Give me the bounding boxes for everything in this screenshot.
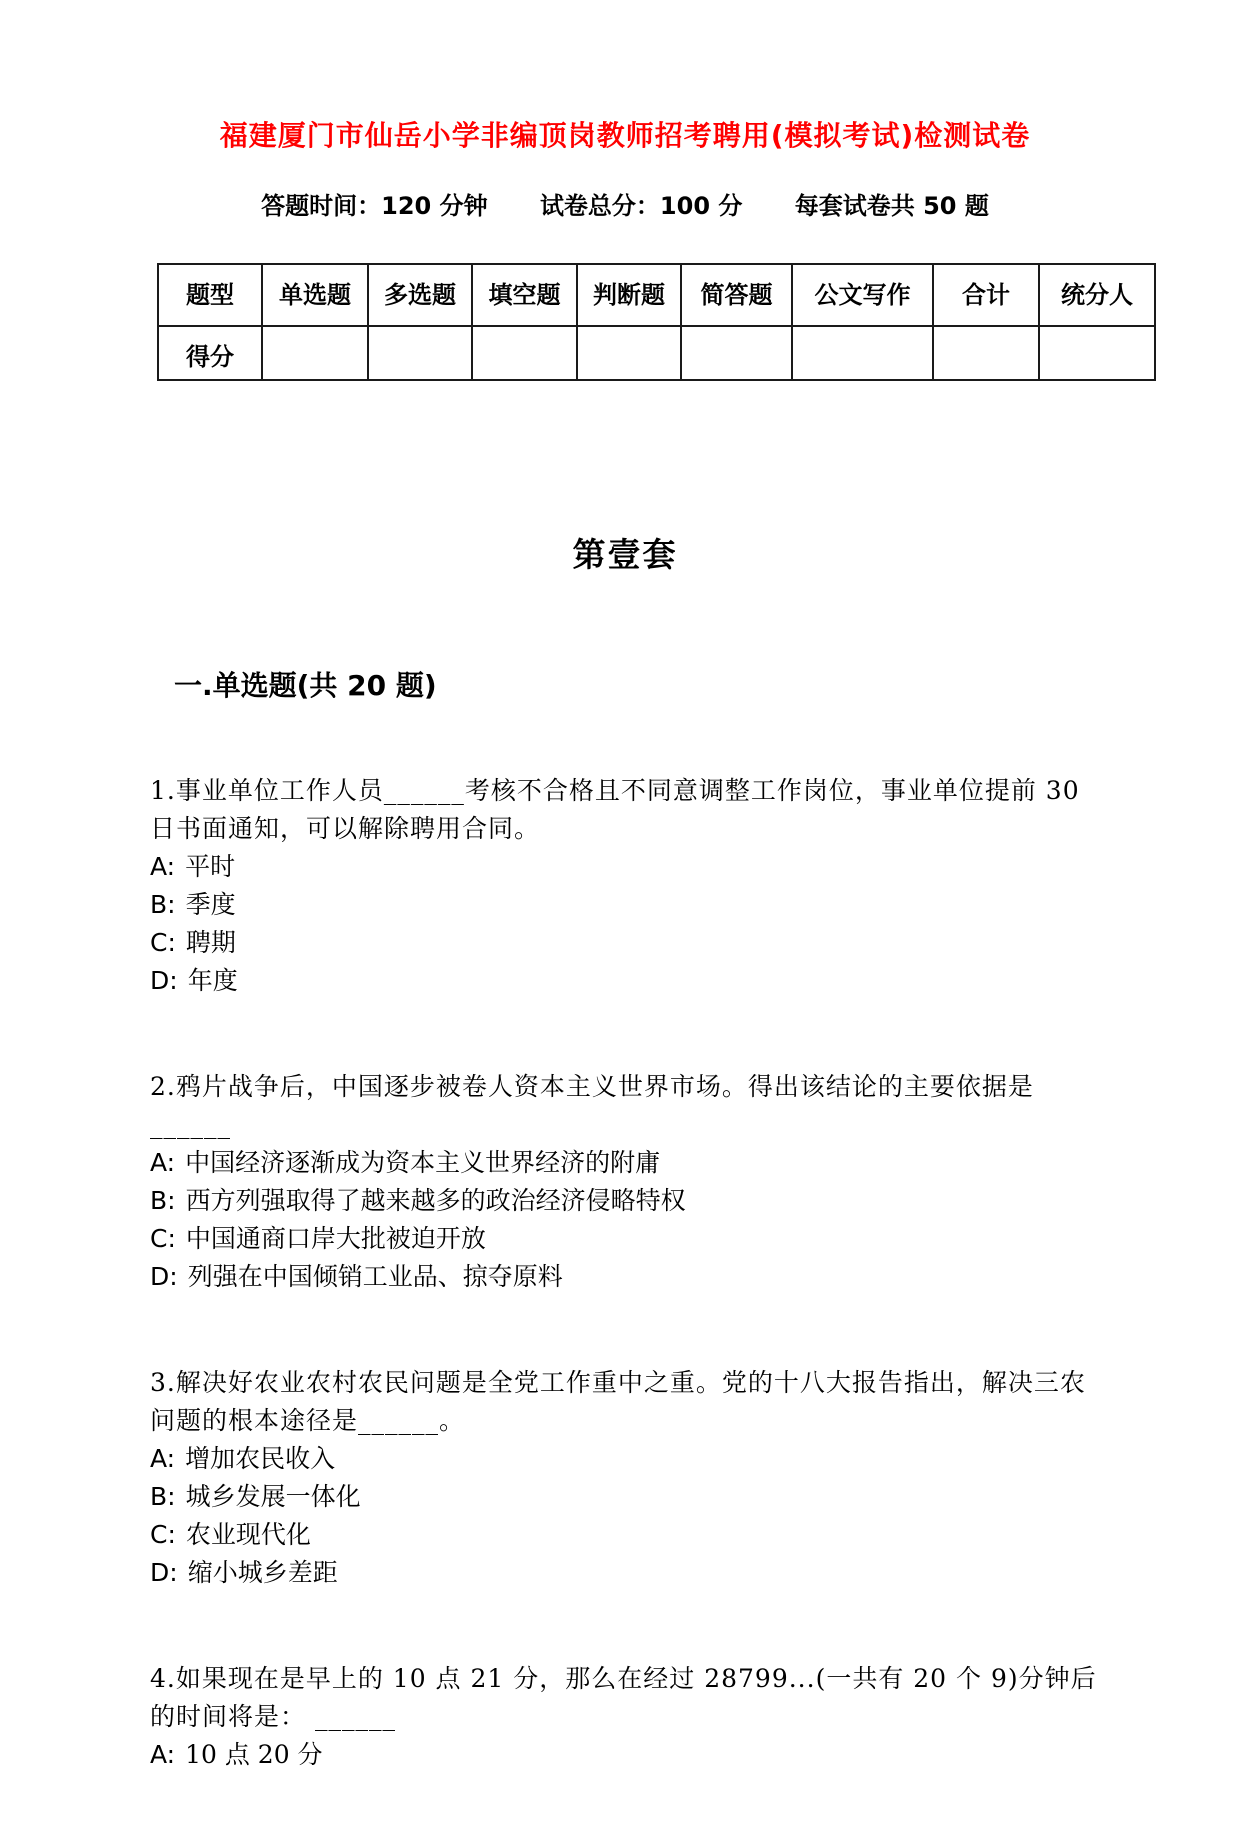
- option-label: A:: [150, 1444, 175, 1473]
- option-label: D:: [150, 1558, 178, 1587]
- option-text: 西方列强取得了越来越多的政治经济侵略特权: [186, 1186, 686, 1215]
- option-label: C:: [150, 1224, 176, 1253]
- question-3-option-b: B:城乡发展一体化: [150, 1478, 1100, 1516]
- header-true-false: 判断题: [577, 264, 681, 326]
- question-1-option-b: B:季度: [150, 886, 1100, 924]
- question-2-option-a: A:中国经济逐渐成为资本主义世界经济的附庸: [150, 1144, 1100, 1182]
- option-label: A:: [150, 852, 175, 881]
- question-2-text: 2.鸦片战争后，中国逐步被卷人资本主义世界市场。得出该结论的主要依据是_____…: [150, 1068, 1100, 1144]
- exam-meta-line: 答题时间：120 分钟 试卷总分：100 分 每套试卷共 50 题: [150, 186, 1100, 221]
- option-label: A:: [150, 1148, 175, 1177]
- meta-question-count: 每套试卷共 50 题: [795, 192, 989, 220]
- question-1-option-d: D:年度: [150, 962, 1100, 1000]
- option-label: B:: [150, 1482, 176, 1511]
- option-text: 10 点 20 分: [185, 1740, 322, 1769]
- option-label: D:: [150, 966, 178, 995]
- question-3-option-c: C:农业现代化: [150, 1516, 1100, 1554]
- score-row-label: 得分: [158, 326, 262, 380]
- question-2: 2.鸦片战争后，中国逐步被卷人资本主义世界市场。得出该结论的主要依据是_____…: [150, 1068, 1100, 1296]
- option-label: A:: [150, 1740, 175, 1769]
- header-official-writing: 公文写作: [792, 264, 933, 326]
- option-label: C:: [150, 1520, 176, 1549]
- option-text: 聘期: [186, 928, 236, 957]
- header-question-type: 题型: [158, 264, 262, 326]
- question-1-option-c: C:聘期: [150, 924, 1100, 962]
- option-text: 增加农民收入: [185, 1444, 335, 1473]
- header-score-counter: 统分人: [1039, 264, 1155, 326]
- question-2-option-b: B:西方列强取得了越来越多的政治经济侵略特权: [150, 1182, 1100, 1220]
- score-cell: [368, 326, 472, 380]
- question-3-text: 3.解决好农业农村农民问题是全党工作重中之重。党的十八大报告指出，解决三农问题的…: [150, 1364, 1100, 1440]
- option-label: D:: [150, 1262, 178, 1291]
- header-total: 合计: [933, 264, 1039, 326]
- score-table-header-row: 题型 单选题 多选题 填空题 判断题 简答题 公文写作 合计 统分人: [158, 264, 1155, 326]
- meta-answer-time: 答题时间：120 分钟: [261, 192, 487, 220]
- score-cell: [792, 326, 933, 380]
- option-text: 中国通商口岸大批被迫开放: [186, 1224, 486, 1253]
- question-3-option-d: D:缩小城乡差距: [150, 1554, 1100, 1592]
- exam-paper-page: 福建厦门市仙岳小学非编顶岗教师招考聘用(模拟考试)检测试卷 答题时间：120 分…: [0, 0, 1240, 1834]
- option-text: 平时: [185, 852, 235, 881]
- score-cell: [1039, 326, 1155, 380]
- header-fill-blank: 填空题: [472, 264, 577, 326]
- option-text: 中国经济逐渐成为资本主义世界经济的附庸: [185, 1148, 660, 1177]
- option-label: B:: [150, 890, 176, 919]
- question-4-option-a: A:10 点 20 分: [150, 1736, 1100, 1774]
- question-2-option-d: D:列强在中国倾销工业品、掠夺原料: [150, 1258, 1100, 1296]
- option-text: 列强在中国倾销工业品、掠夺原料: [188, 1262, 563, 1291]
- option-text: 缩小城乡差距: [188, 1558, 338, 1587]
- option-text: 农业现代化: [186, 1520, 311, 1549]
- score-cell: [933, 326, 1039, 380]
- question-1-option-a: A:平时: [150, 848, 1100, 886]
- question-1: 1.事业单位工作人员______考核不合格且不同意调整工作岗位，事业单位提前 3…: [150, 772, 1100, 1000]
- page-title: 福建厦门市仙岳小学非编顶岗教师招考聘用(模拟考试)检测试卷: [150, 118, 1100, 154]
- question-3-option-a: A:增加农民收入: [150, 1440, 1100, 1478]
- question-3: 3.解决好农业农村农民问题是全党工作重中之重。党的十八大报告指出，解决三农问题的…: [150, 1364, 1100, 1592]
- question-2-option-c: C:中国通商口岸大批被迫开放: [150, 1220, 1100, 1258]
- score-cell: [681, 326, 792, 380]
- option-text: 季度: [186, 890, 236, 919]
- header-single-choice: 单选题: [262, 264, 368, 326]
- header-short-answer: 简答题: [681, 264, 792, 326]
- option-text: 年度: [188, 966, 238, 995]
- header-multi-choice: 多选题: [368, 264, 472, 326]
- question-4-text: 4.如果现在是早上的 10 点 21 分，那么在经过 28799...(一共有 …: [150, 1660, 1100, 1736]
- section-heading: 一.单选题(共 20 题): [174, 664, 1100, 704]
- score-table-score-row: 得分: [158, 326, 1155, 380]
- score-table: 题型 单选题 多选题 填空题 判断题 简答题 公文写作 合计 统分人 得分: [157, 263, 1156, 381]
- question-4: 4.如果现在是早上的 10 点 21 分，那么在经过 28799...(一共有 …: [150, 1660, 1100, 1774]
- question-1-text: 1.事业单位工作人员______考核不合格且不同意调整工作岗位，事业单位提前 3…: [150, 772, 1100, 848]
- meta-total-score: 试卷总分：100 分: [540, 192, 742, 220]
- score-cell: [472, 326, 577, 380]
- option-text: 城乡发展一体化: [186, 1482, 361, 1511]
- option-label: C:: [150, 928, 176, 957]
- set-heading: 第壹套: [150, 529, 1100, 576]
- option-label: B:: [150, 1186, 176, 1215]
- score-cell: [577, 326, 681, 380]
- score-cell: [262, 326, 368, 380]
